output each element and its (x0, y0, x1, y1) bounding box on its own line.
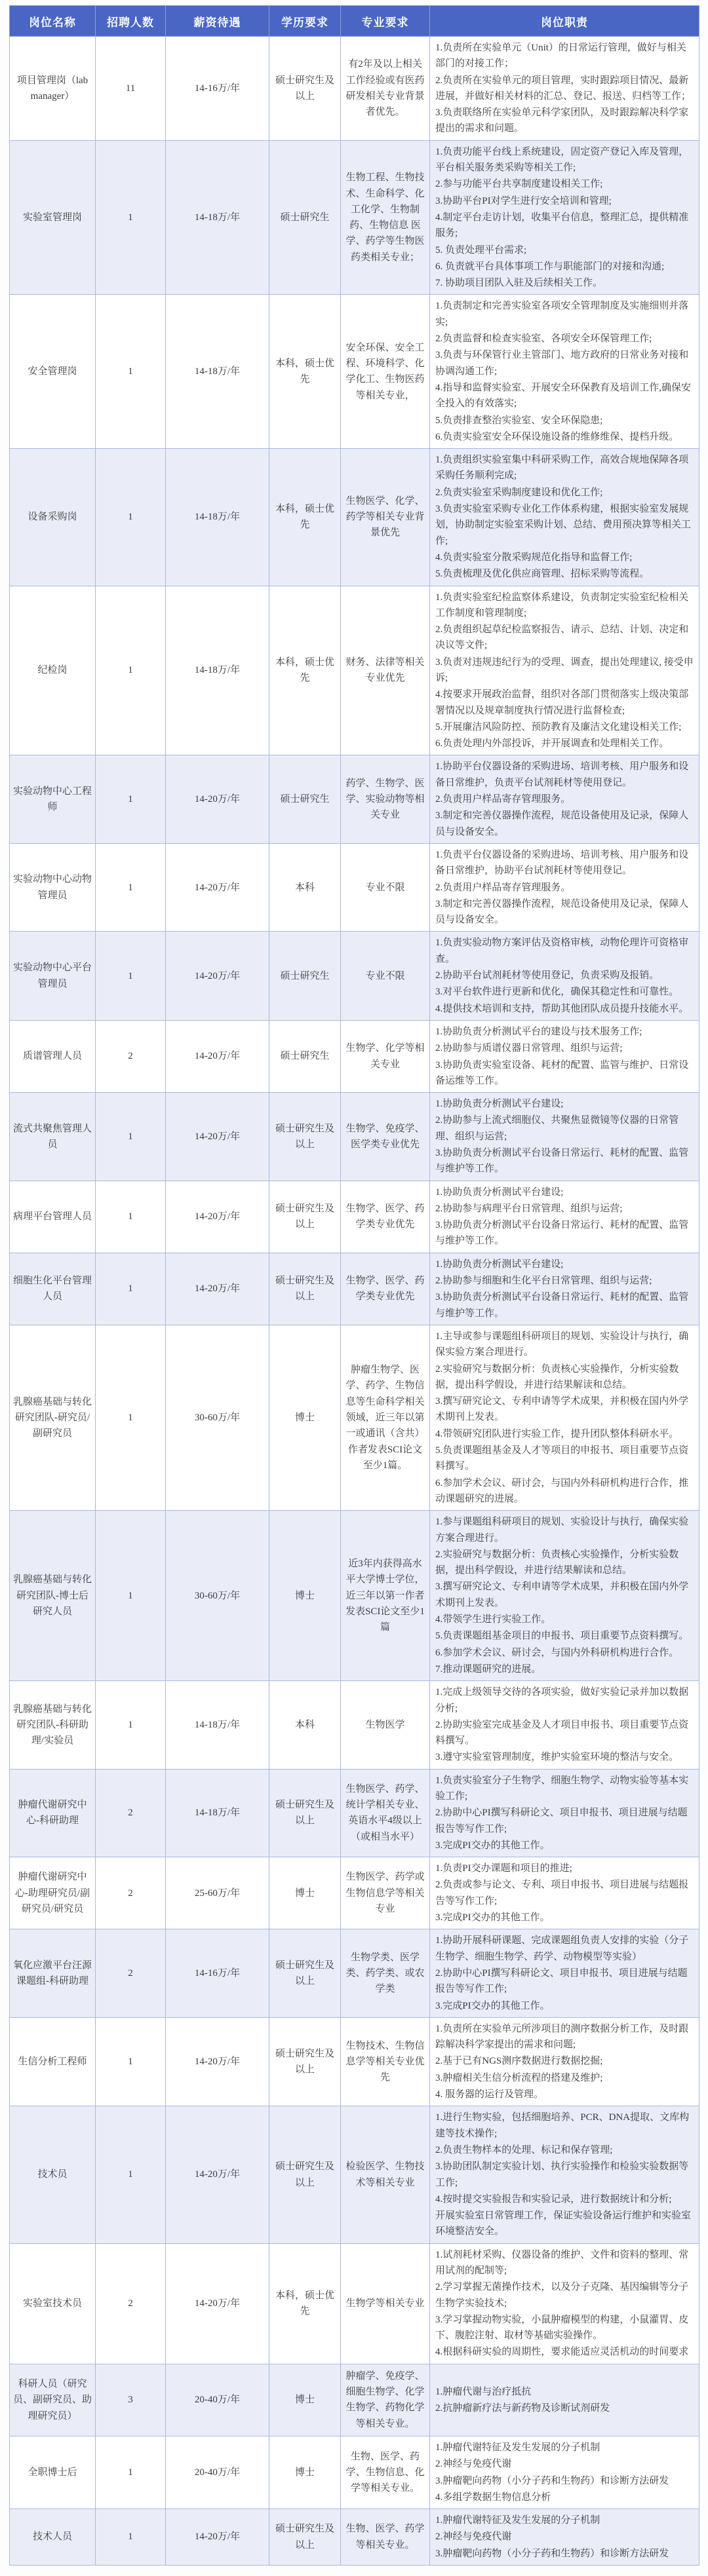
duties-cell: 1.负责功能平台线上系统建设，固定资产登记入库及管理，平台相关服务类采购等相关工… (430, 140, 699, 295)
major-cell: 有2年及以上相关工作经验或有医药研发相关专业背景者优先。 (341, 37, 430, 141)
column-header-4: 专业要求 (341, 6, 430, 37)
major-cell: 生物医学、药学、统计学相关专业、英语水平4级以上（或相当水平） (341, 1769, 430, 1857)
education-cell: 博士 (269, 2364, 341, 2436)
table-row: 实验动物中心动物管理员114-20万/年本科专业不限1.负责平台仪器设备的采购进… (10, 843, 699, 931)
duties-cell: 1.参与课题组科研项目的规划、实验设计与执行，确保实验方案合理进行。2.实验研究… (430, 1511, 699, 1681)
duties-cell: 1.完成上级领导交待的各项实验，做好实验记录并加以数据分析;2.协助实验室完成基… (430, 1681, 699, 1769)
duties-cell: 1.协助负责分析测试平台建设;2.协助参与细胞和生化平台日常管理、组织与运营;3… (430, 1253, 699, 1325)
duty-line: 1.进行生物实验，包括细胞培养、PCR、DNA提取、文库构建等技术操作; (435, 2110, 694, 2142)
duty-line: 2.学习掌握无菌操作技术，以及分子克隆、基因编辑等分子生物学实验技术; (435, 2279, 694, 2311)
duty-line: 1.负责实验动物方案评估及资格审核，动物伦理许可资格审查。 (435, 935, 694, 967)
salary-cell: 14-20万/年 (166, 1181, 269, 1253)
table-row: 设备采购岗114-18万/年本科，硕士优先生物医学、化学、药学等相关专业背景优先… (10, 449, 699, 586)
headcount-cell: 1 (96, 295, 166, 449)
headcount-cell: 2 (96, 1929, 166, 2017)
headcount-cell: 1 (96, 1253, 166, 1325)
salary-cell: 14-20万/年 (166, 1253, 269, 1325)
table-row: 肿瘤代谢研究中心-助理研究员/副研究员/研究员225-60万/年博士生物医学、药… (10, 1857, 699, 1929)
duty-line: 3.负责实验室采购专业化工作体系构建，根据实验室发展规划，协助制定实验室采购计划… (435, 501, 694, 549)
salary-cell: 14-20万/年 (166, 1093, 269, 1181)
education-cell: 本科，硕士优先 (269, 295, 341, 449)
duty-line: 开展实验室日常管理工作，保证实验设备运行维护和实验室环境整洁安全。 (435, 2208, 694, 2240)
duties-cell: 1.协助负责分析测试平台的建设与技术服务工作;2.协助参与质谱仪器日常管理、组织… (430, 1020, 699, 1092)
major-cell: 生物学等相关专业 (341, 2243, 430, 2364)
major-cell: 生物学、医学、药学类专业优先 (341, 1181, 430, 1253)
headcount-cell: 11 (96, 37, 166, 141)
headcount-cell: 1 (96, 1093, 166, 1181)
duty-line: 4.根据科研实验的周期性，要求能适应灵活机动的时间要求 (435, 2344, 694, 2360)
table-row: 实验室管理岗114-18万/年硕士研究生生物工程、生物技术、生命科学、化工化学、… (10, 140, 699, 295)
duty-line: 1.负责组织实验室集中科研采购工作，高效合规地保障各项采购任务顺利完成; (435, 452, 694, 484)
position-name-cell: 科研人员（研究员、副研究员、助理研究员） (10, 2364, 96, 2436)
duty-line: 7. 协助项目团队入驻及后续相关工作。 (435, 275, 694, 291)
duties-cell: 1.负责组织实验室集中科研采购工作，高效合规地保障各项采购任务顺利完成;2.负责… (430, 449, 699, 586)
salary-cell: 14-20万/年 (166, 2509, 269, 2566)
position-name-cell: 氧化应激平台汪源课题组-科研助理 (10, 1929, 96, 2017)
duty-line: 3.协助负责分析测试平台设备日常运行、耗材的配置、监管与维护等工作。 (435, 1289, 694, 1321)
salary-cell: 14-20万/年 (166, 2106, 269, 2243)
duty-line: 3.协助平台PI对学生进行安全培训和管理; (435, 193, 694, 209)
salary-cell: 20-40万/年 (166, 2364, 269, 2436)
major-cell: 肿瘤生物学、医学、药学、生物信息等生命科学相关领域，近三年以第一或通讯（含共）作… (341, 1325, 430, 1510)
duty-line: 1.肿瘤代谢特征及发生发展的分子机制 (435, 2440, 694, 2455)
duty-line: 3.协助团队制定实验计划、执行实验操作和检验实验数据等工作; (435, 2159, 694, 2191)
position-name-cell: 乳腺癌基础与转化研究团队-博士后研究人员 (10, 1511, 96, 1681)
major-cell: 生物技术、生物信息学等相关专业优先 (341, 2017, 430, 2106)
headcount-cell: 1 (96, 140, 166, 295)
table-row: 乳腺癌基础与转化研究团队-研究员/副研究员130-60万/年博士肿瘤生物学、医学… (10, 1325, 699, 1510)
salary-cell: 14-16万/年 (166, 37, 269, 141)
duty-line: 3.完成PI交办的其他工作。 (435, 1838, 694, 1853)
duty-line: 3.肿瘤靶向药物（小分子药和生物药）和诊断方法研发 (435, 2473, 694, 2489)
headcount-cell: 1 (96, 1325, 166, 1510)
duty-line: 1.负责所在实验单元（Unit）的日常运行管理，做好与相关部门的对接工作； (435, 40, 694, 72)
major-cell: 生物医学、药学或生物信息学等相关专业 (341, 1857, 430, 1929)
duty-line: 1.负责功能平台线上系统建设，固定资产登记入库及管理，平台相关服务类采购等相关工… (435, 144, 694, 176)
column-header-1: 招聘人数 (96, 6, 166, 37)
duty-line: 2.协助参与细胞和生化平台日常管理、组织与运营; (435, 1273, 694, 1289)
duty-line: 6. 负责就平台具体事项工作与职能部门的对接和沟通; (435, 259, 694, 275)
duty-line: 5. 负责处理平台需求; (435, 242, 694, 258)
duties-cell: 1.协助平台仪器设备的采购进场、培训考核、用户服务和设备日常维护，负责平台试剂耗… (430, 755, 699, 843)
position-name-cell: 项目管理岗（lab manager） (10, 37, 96, 141)
salary-cell: 14-18万/年 (166, 449, 269, 586)
education-cell: 硕士研究生及以上 (269, 1181, 341, 1253)
table-row: 病理平台管理人员114-20万/年硕士研究生及以上生物学、医学、药学类专业优先1… (10, 1181, 699, 1253)
table-row: 细胞生化平台管理人员114-20万/年硕士研究生及以上生物学、医学、药学类专业优… (10, 1253, 699, 1325)
salary-cell: 14-18万/年 (166, 586, 269, 755)
duty-line: 5.负责课题组基金及人才等项目的申报书、项目重要节点资料撰写。 (435, 1443, 694, 1475)
major-cell: 安全环保、安全工程、环境科学、化学化工、生物医药等相关专业， (341, 295, 430, 449)
duties-cell: 1.负责所在实验单元所涉项目的测序数据分析工作，及时跟踪解决科学家提出的需求和问… (430, 2017, 699, 2106)
position-name-cell: 纪检岗 (10, 586, 96, 755)
duty-line: 4.指导和监督实验室、开展安全环保教育及培训工作,确保安全投入的有效落实; (435, 380, 694, 412)
headcount-cell: 3 (96, 2364, 166, 2436)
duties-cell: 1.主导或参与课题组科研项目的规划、实验设计与执行，确保实验方案合理进行。2.实… (430, 1325, 699, 1510)
duty-line: 3.遵守实验室管理制度，维护实验室环境的整洁与安全。 (435, 1749, 694, 1765)
duty-line: 5.开展廉洁风险防控、预防教育及廉洁文化建设相关工作; (435, 719, 694, 735)
major-cell: 肿瘤学、免疫学、细胞生物学、化学生物学、药物化学等相关专业。 (341, 2364, 430, 2436)
duty-line: 1.协助负责分析测试平台建设; (435, 1184, 694, 1200)
major-cell: 检验医学、生物技术等相关专业 (341, 2106, 430, 2243)
headcount-cell: 1 (96, 1181, 166, 1253)
job-positions-table: 岗位名称招聘人数薪资待遇学历要求专业要求岗位职责 项目管理岗（lab manag… (9, 5, 699, 2566)
headcount-cell: 1 (96, 2106, 166, 2243)
education-cell: 硕士研究生 (269, 140, 341, 295)
duties-cell: 1.负责所在实验单元（Unit）的日常运行管理，做好与相关部门的对接工作；2.负… (430, 37, 699, 141)
duty-line: 2.基于已有NGS测序数据进行数据挖掘; (435, 2053, 694, 2069)
position-name-cell: 乳腺癌基础与转化研究团队-研究员/副研究员 (10, 1325, 96, 1510)
major-cell: 药学、生物学、医学、实验动物等相关专业 (341, 755, 430, 843)
duties-cell: 1.试剂耗材采购、仪器设备的维护、文件和资料的整理、常用试剂的配制等;2.学习掌… (430, 2243, 699, 2364)
duty-line: 4.带领研究团队进行实验工作，提升团队整体科研水平。 (435, 1426, 694, 1442)
duty-line: 3.负责对违规违纪行为的受理、调查，提出处理建议, 接受申诉; (435, 654, 694, 687)
duty-line: 4.按时提交实验报告和实验记录，进行数据统计和分析; (435, 2191, 694, 2207)
duty-line: 3.协助负责分析测试平台设备日常运行、耗材的配置、监管与维护等工作。 (435, 1145, 694, 1177)
duty-line: 1.负责平台仪器设备的采购进场、培训考核、用户服务和设备日常维护，协助平台试剂耗… (435, 847, 694, 879)
major-cell: 生物医学、化学、药学等相关专业背景优先 (341, 449, 430, 586)
headcount-cell: 2 (96, 1857, 166, 1929)
table-row: 实验动物中心工程师114-20万/年硕士研究生药学、生物学、医学、实验动物等相关… (10, 755, 699, 843)
duty-line: 2.负责用户样品寄存管理服务。 (435, 880, 694, 896)
duty-line: 2.协助中心PI撰写科研论文、项目申报书、项目进展与结题报告等写作工作; (435, 1805, 694, 1837)
duty-line: 1.完成上级领导交待的各项实验，做好实验记录并加以数据分析; (435, 1684, 694, 1716)
headcount-cell: 1 (96, 449, 166, 586)
duty-line: 3.完成PI交办的其他工作。 (435, 1910, 694, 1925)
position-name-cell: 实验动物中心动物管理员 (10, 843, 96, 931)
major-cell: 生物学、免疫学、医学类专业优先 (341, 1093, 430, 1181)
education-cell: 本科，硕士优先 (269, 449, 341, 586)
salary-cell: 20-40万/年 (166, 2436, 269, 2509)
duty-line: 2.协助参与质谱仪器日常管理、组织与运营; (435, 1040, 694, 1056)
major-cell: 生物、医学、药学等相关专业。 (341, 2509, 430, 2566)
education-cell: 本科，硕士优先 (269, 2243, 341, 2364)
major-cell: 生物医学 (341, 1681, 430, 1769)
salary-cell: 14-20万/年 (166, 1020, 269, 1092)
duty-line: 1.试剂耗材采购、仪器设备的维护、文件和资料的整理、常用试剂的配制等; (435, 2247, 694, 2279)
duty-line: 3.负责联络所在实验单元科学家团队，及时跟踪解决科学家提出的需求和问题。 (435, 105, 694, 137)
major-cell: 近3年内获得高水平大学博士学位，近三年以第一作者发表SCI论文至少1篇 (341, 1511, 430, 1681)
education-cell: 硕士研究生及以上 (269, 1093, 341, 1181)
education-cell: 硕士研究生及以上 (269, 1769, 341, 1857)
position-name-cell: 实验室管理岗 (10, 140, 96, 295)
headcount-cell: 1 (96, 932, 166, 1020)
table-row: 氧化应激平台汪源课题组-科研助理214-16万/年硕士研究生及以上生物学类、医学… (10, 1929, 699, 2017)
education-cell: 硕士研究生及以上 (269, 1253, 341, 1325)
salary-cell: 14-20万/年 (166, 755, 269, 843)
education-cell: 硕士研究生及以上 (269, 2017, 341, 2106)
duty-line: 3.对平台软件进行更新和优化，确保其稳定性和可靠性。 (435, 984, 694, 1000)
major-cell: 生物工程、生物技术、生命科学、化工化学、生物制药、生物信息 医学、药学等生物医药… (341, 140, 430, 295)
education-cell: 硕士研究生及以上 (269, 2509, 341, 2566)
duty-line: 1.协助负责分析测试平台的建设与技术服务工作; (435, 1024, 694, 1040)
education-cell: 硕士研究生及以上 (269, 1929, 341, 2017)
headcount-cell: 1 (96, 843, 166, 931)
salary-cell: 14-16万/年 (166, 1929, 269, 2017)
duty-line: 4.按要求开展政治监督，组织对各部门贯彻落实上级决策部署情况以及规章制度执行情况… (435, 687, 694, 719)
major-cell: 生物学类、医学类、药学类、或农学类 (341, 1929, 430, 2017)
column-header-2: 薪资待遇 (166, 6, 269, 37)
duties-cell: 1.协助负责分析测试平台建设;2.协助参与病理平台日常管理、组织与运营;3.协助… (430, 1181, 699, 1253)
duty-line: 3.撰写研究论文、专利申请等学术成果，并积极在国内外学术期刊上发表。 (435, 1579, 694, 1611)
duty-line: 2.协助中心PI撰写科研论文、项目申报书、项目进展与结题报告等写作工作; (435, 1965, 694, 1998)
duty-line: 1.参与课题组科研项目的规划、实验设计与执行，确保实验方案合理进行。 (435, 1514, 694, 1546)
headcount-cell: 2 (96, 1020, 166, 1092)
table-row: 生信分析工程师114-20万/年硕士研究生及以上生物技术、生物信息学等相关专业优… (10, 2017, 699, 2106)
duty-line: 6.负责处理内外部投诉，并开展调查和处理相关工作。 (435, 736, 694, 751)
duty-line: 3.负责与环保管行业主管部门、地方政府的日常业务对接和协调沟通工作; (435, 347, 694, 379)
salary-cell: 14-20万/年 (166, 2017, 269, 2106)
table-row: 科研人员（研究员、副研究员、助理研究员）320-40万/年博士肿瘤学、免疫学、细… (10, 2364, 699, 2436)
duty-line: 4. 服务器的运行及管理。 (435, 2087, 694, 2102)
education-cell: 硕士研究生 (269, 1020, 341, 1092)
table-row: 技术人员114-20万/年硕士研究生及以上生物、医学、药学等相关专业。1.肿瘤代… (10, 2509, 699, 2566)
table-row: 技术员114-20万/年硕士研究生及以上检验医学、生物技术等相关专业1.进行生物… (10, 2106, 699, 2243)
duty-line: 6.参加学术会议、研讨会，与国内外科研机构进行合作。 (435, 1645, 694, 1661)
duty-line: 2.负责监督和检查实验室、各项安全环保管理工作; (435, 331, 694, 347)
duty-line: 1.协助平台仪器设备的采购进场、培训考核、用户服务和设备日常维护，负责平台试剂耗… (435, 759, 694, 791)
education-cell: 硕士研究生及以上 (269, 37, 341, 141)
duty-line: 1.肿瘤代谢特征及发生发展的分子机制 (435, 2512, 694, 2528)
duties-cell: 1.负责平台仪器设备的采购进场、培训考核、用户服务和设备日常维护，协助平台试剂耗… (430, 843, 699, 931)
duty-line: 3.肿瘤靶向药物（小分子药和生物药）和诊断方法研发 (435, 2546, 694, 2562)
duty-line: 2.实验研究与数据分析：负责核心实验操作，分析实验数据，提出科学假设，并进行结果… (435, 1547, 694, 1579)
education-cell: 硕士研究生 (269, 932, 341, 1020)
duty-line: 3.撰写研究论文、专利申请等学术成果，并积极在国内外学术期刊上发表。 (435, 1393, 694, 1426)
duty-line: 7.推动课题研究的进展。 (435, 1661, 694, 1677)
education-cell: 硕士研究生 (269, 755, 341, 843)
table-row: 质谱管理人员214-20万/年硕士研究生生物学、化学等相关专业1.协助负责分析测… (10, 1020, 699, 1092)
salary-cell: 14-20万/年 (166, 932, 269, 1020)
duty-line: 2.负责所在实验单元的项目管理，实时跟踪项目情况、最新进展，并做好相关材料的汇总… (435, 73, 694, 105)
position-name-cell: 肿瘤代谢研究中心-助理研究员/副研究员/研究员 (10, 1857, 96, 1929)
duty-line: 1.协助负责分析测试平台建设; (435, 1257, 694, 1272)
position-name-cell: 质谱管理人员 (10, 1020, 96, 1092)
education-cell: 博士 (269, 2436, 341, 2509)
position-name-cell: 技术员 (10, 2106, 96, 2243)
major-cell: 专业不限 (341, 932, 430, 1020)
table-row: 乳腺癌基础与转化研究团队-博士后研究人员130-60万/年博士近3年内获得高水平… (10, 1511, 699, 1681)
duty-line: 2.负责用户样品寄存管理服务。 (435, 791, 694, 807)
duties-cell: 1.肿瘤代谢特征及发生发展的分子机制2.神经与免疫代谢3.肿瘤靶向药物（小分子药… (430, 2509, 699, 2566)
education-cell: 本科 (269, 1681, 341, 1769)
duties-cell: 1.负责PI交办课题和项目的推进;2.负责或参与论文、专利、项目申报书、项目进展… (430, 1857, 699, 1929)
header-row: 岗位名称招聘人数薪资待遇学历要求专业要求岗位职责 (10, 6, 699, 37)
table-row: 实验室技术员214-20万/年本科，硕士优先生物学等相关专业1.试剂耗材采购、仪… (10, 2243, 699, 2364)
column-header-5: 岗位职责 (430, 6, 699, 37)
position-name-cell: 技术人员 (10, 2509, 96, 2566)
duty-line: 1.负责实验室纪检监察体系建设，负责制定实验室纪检相关工作制度和管理制度; (435, 590, 694, 622)
duties-cell: 1.协助开展科研课题、完成课题组负责人安排的实验（分子生物学、细胞生物学、药学、… (430, 1929, 699, 2017)
duty-line: 2.负责组织起草纪检监察报告、请示、总结、计划、决定和决议等文件; (435, 622, 694, 654)
duty-line: 1.负责制定和完善实验室各项安全管理制度及实施细则并落实; (435, 298, 694, 330)
position-name-cell: 生信分析工程师 (10, 2017, 96, 2106)
table-row: 肿瘤代谢研究中心-科研助理214-18万/年硕士研究生及以上生物医学、药学、统计… (10, 1769, 699, 1857)
salary-cell: 14-20万/年 (166, 2243, 269, 2364)
education-cell: 博士 (269, 1511, 341, 1681)
table-body: 项目管理岗（lab manager）1114-16万/年硕士研究生及以上有2年及… (10, 37, 699, 2566)
duty-line: 4.负责实验室分散采购规范化指导和监督工作; (435, 550, 694, 565)
duty-line: 3.制定和完善仪器操作流程，规范设备使用及记录，保障人员与设备安全。 (435, 896, 694, 928)
headcount-cell: 2 (96, 2243, 166, 2364)
salary-cell: 30-60万/年 (166, 1511, 269, 1681)
duties-cell: 1.进行生物实验，包括细胞培养、PCR、DNA提取、文库构建等技术操作;2.负责… (430, 2106, 699, 2243)
duty-line: 6.参加学术会议、研讨会，与国内外科研机构进行合作，推动课题研究的进展。 (435, 1475, 694, 1507)
headcount-cell: 1 (96, 586, 166, 755)
position-name-cell: 设备采购岗 (10, 449, 96, 586)
salary-cell: 14-20万/年 (166, 843, 269, 931)
duties-cell: 1.负责实验动物方案评估及资格审核，动物伦理许可资格审查。2.协助平台试剂耗材等… (430, 932, 699, 1020)
headcount-cell: 1 (96, 2017, 166, 2106)
major-cell: 财务、法律等相关专业优先 (341, 586, 430, 755)
education-cell: 本科 (269, 843, 341, 931)
position-name-cell: 实验室技术员 (10, 2243, 96, 2364)
position-name-cell: 全职博士后 (10, 2436, 96, 2509)
duty-line: 2.协助参与上流式细胞仪、共聚焦显微镜等仪器的日常管理、组织与运营; (435, 1112, 694, 1145)
position-name-cell: 流式共聚焦管理人员 (10, 1093, 96, 1181)
duty-line: 2.协助参与病理平台日常管理、组织与运营; (435, 1201, 694, 1217)
duty-line: 2.实验研究与数据分析：负责核心实验操作，分析实验数据，提出科学假设，并进行结果… (435, 1361, 694, 1393)
duties-cell: 1.肿瘤代谢特征及发生发展的分子机制2.神经与免疫代谢3.肿瘤靶向药物（小分子药… (430, 2436, 699, 2509)
major-cell: 生物、医学、药学、生物信息、化学等相关专业。 (341, 2436, 430, 2509)
education-cell: 博士 (269, 1325, 341, 1510)
position-name-cell: 实验动物中心平台管理员 (10, 932, 96, 1020)
duties-cell: 1.肿瘤代谢与治疗抵抗2.抗肿瘤新疗法与新药物及诊断试剂研发 (430, 2364, 699, 2436)
duty-line: 2.负责生物样本的处理、标记和保存管理; (435, 2142, 694, 2158)
duties-cell: 1.负责实验室分子生物学、细胞生物学、动物实验等基本实验工作;2.协助中心PI撰… (430, 1769, 699, 1857)
headcount-cell: 1 (96, 2509, 166, 2566)
table-row: 乳腺癌基础与转化研究团队-科研助理/实验员114-18万/年本科生物医学1.完成… (10, 1681, 699, 1769)
duty-line: 1.负责PI交办课题和项目的推进; (435, 1861, 694, 1876)
duty-line: 2.协助平台试剂耗材等使用登记，负责采购及报销。 (435, 968, 694, 983)
duty-line: 1.负责实验室分子生物学、细胞生物学、动物实验等基本实验工作; (435, 1773, 694, 1805)
duty-line: 4.带领学生进行实验工作。 (435, 1612, 694, 1627)
table-row: 纪检岗114-18万/年本科，硕士优先财务、法律等相关专业优先1.负责实验室纪检… (10, 586, 699, 755)
salary-cell: 25-60万/年 (166, 1857, 269, 1929)
position-name-cell: 乳腺癌基础与转化研究团队-科研助理/实验员 (10, 1681, 96, 1769)
duty-line: 6.负责实验室安全环保设施设备的维修维保、提档升级。 (435, 429, 694, 445)
duty-line: 2.协助实验室完成基金及人才项目申报书、项目重要节点资料撰写。 (435, 1717, 694, 1749)
duty-line: 5.负责排查整治实验室、安全环保隐患; (435, 413, 694, 428)
duty-line: 3.学习掌握动物实验，小鼠肿瘤模型的构建，小鼠灌胃、皮下、腹腔注射、取材等基础实… (435, 2312, 694, 2344)
table-row: 实验动物中心平台管理员114-20万/年硕士研究生专业不限1.负责实验动物方案评… (10, 932, 699, 1020)
duty-line: 2.参与功能平台共享制度建设相关工作; (435, 176, 694, 192)
duty-line: 1.协助开展科研课题、完成课题组负责人安排的实验（分子生物学、细胞生物学、药学、… (435, 1933, 694, 1965)
column-header-0: 岗位名称 (10, 6, 96, 37)
duties-cell: 1.协助负责分析测试平台建设;2.协助参与上流式细胞仪、共聚焦显微镜等仪器的日常… (430, 1093, 699, 1181)
duty-line: 2.神经与免疫代谢 (435, 2456, 694, 2472)
duty-line: 3.肿瘤相关生信分析流程的搭建及维护; (435, 2070, 694, 2086)
duties-cell: 1.负责制定和完善实验室各项安全管理制度及实施细则并落实;2.负责监督和检查实验… (430, 295, 699, 449)
duty-line: 1.负责所在实验单元所涉项目的测序数据分析工作，及时跟踪解决科学家提出的需求和问… (435, 2021, 694, 2053)
headcount-cell: 1 (96, 1681, 166, 1769)
duty-line: 2.负责或参与论文、专利、项目申报书、项目进展与结题报告等写作工作; (435, 1877, 694, 1909)
major-cell: 专业不限 (341, 843, 430, 931)
duty-line: 3.完成PI交办的其他工作。 (435, 1998, 694, 2014)
position-name-cell: 细胞生化平台管理人员 (10, 1253, 96, 1325)
duty-line: 4.多组学数据生物信息分析 (435, 2490, 694, 2505)
major-cell: 生物学、医学、药学类专业优先 (341, 1253, 430, 1325)
headcount-cell: 2 (96, 1769, 166, 1857)
table-row: 流式共聚焦管理人员114-20万/年硕士研究生及以上生物学、免疫学、医学类专业优… (10, 1093, 699, 1181)
salary-cell: 30-60万/年 (166, 1325, 269, 1510)
education-cell: 博士 (269, 1857, 341, 1929)
duty-line: 4.提供技术培训和支持，帮助其他团队成员提升技能水平。 (435, 1001, 694, 1017)
headcount-cell: 1 (96, 2436, 166, 2509)
duty-line: 3.协助负责分析测试平台设备日常运行、耗材的配置、监管与维护等工作。 (435, 1217, 694, 1249)
duty-line: 3.协助负责实验室设备、耗材的配置、监管与维护、日常设备运维等工作。 (435, 1057, 694, 1089)
duty-line: 1.协助负责分析测试平台建设; (435, 1096, 694, 1112)
duty-line: 2.抗肿瘤新疗法与新药物及诊断试剂研发 (435, 2400, 694, 2416)
salary-cell: 14-18万/年 (166, 140, 269, 295)
table-row: 安全管理岗114-18万/年本科，硕士优先安全环保、安全工程、环境科学、化学化工… (10, 295, 699, 449)
position-name-cell: 肿瘤代谢研究中心-科研助理 (10, 1769, 96, 1857)
salary-cell: 14-18万/年 (166, 1769, 269, 1857)
education-cell: 本科，硕士优先 (269, 586, 341, 755)
major-cell: 生物学、化学等相关专业 (341, 1020, 430, 1092)
duty-line: 2.神经与免疫代谢 (435, 2529, 694, 2545)
page-container: 岗位名称招聘人数薪资待遇学历要求专业要求岗位职责 项目管理岗（lab manag… (0, 0, 708, 2576)
position-name-cell: 实验动物中心工程师 (10, 755, 96, 843)
duty-line: 4.制定平台走访计划，收集平台信息，整理汇总，提供精准服务; (435, 210, 694, 242)
salary-cell: 14-18万/年 (166, 295, 269, 449)
duty-line: 1.肿瘤代谢与治疗抵抗 (435, 2384, 694, 2400)
column-header-3: 学历要求 (269, 6, 341, 37)
duty-line: 1.主导或参与课题组科研项目的规划、实验设计与执行，确保实验方案合理进行。 (435, 1329, 694, 1361)
position-name-cell: 安全管理岗 (10, 295, 96, 449)
duty-line: 3.制定和完善仪器操作流程，规范设备使用及记录，保障人员与设备安全。 (435, 808, 694, 840)
table-row: 项目管理岗（lab manager）1114-16万/年硕士研究生及以上有2年及… (10, 37, 699, 141)
headcount-cell: 1 (96, 1511, 166, 1681)
duty-line: 5.负责梳理及优化供应商管理、招标采购等流程。 (435, 566, 694, 582)
headcount-cell: 1 (96, 755, 166, 843)
table-header: 岗位名称招聘人数薪资待遇学历要求专业要求岗位职责 (10, 6, 699, 37)
duty-line: 5.负责课题组基金项目的申报书、项目重要节点资料撰写。 (435, 1628, 694, 1644)
table-row: 全职博士后120-40万/年博士生物、医学、药学、生物信息、化学等相关专业。1.… (10, 2436, 699, 2509)
salary-cell: 14-18万/年 (166, 1681, 269, 1769)
duty-line: 2.负责实验室采购制度建设和优化工作; (435, 485, 694, 501)
position-name-cell: 病理平台管理人员 (10, 1181, 96, 1253)
duties-cell: 1.负责实验室纪检监察体系建设，负责制定实验室纪检相关工作制度和管理制度;2.负… (430, 586, 699, 755)
education-cell: 硕士研究生及以上 (269, 2106, 341, 2243)
